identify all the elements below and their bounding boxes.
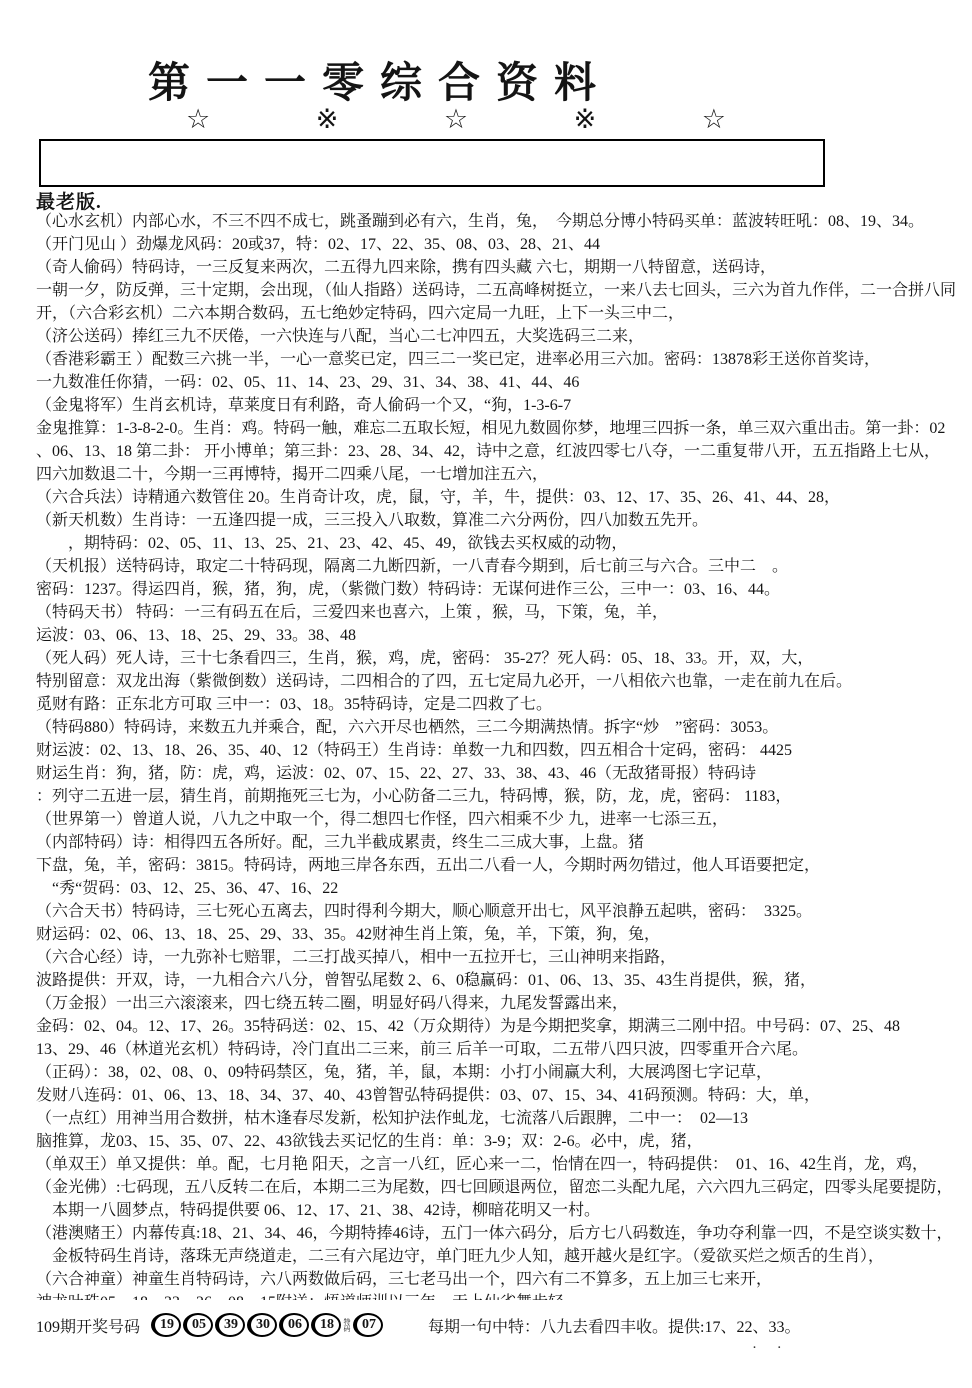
text-line: （六合心经）诗，一九弥补七赔罪，二三打战买掉八，相中一五拉开七，三山神明来指路， bbox=[36, 946, 970, 969]
text-line: 发财八连码：01、06、13、18、34、37、40、43曾智弘特码提供：03、… bbox=[36, 1084, 970, 1107]
notice-box bbox=[39, 139, 825, 187]
text-line: （万金报）一出三六滚滚来，四七绕五转二圈，明显好码八得来，九尾发誓露出来， bbox=[36, 992, 970, 1015]
text-line: 财运波：02、13、18、26、35、40、12（特码王）生肖诗：单数一九和四数… bbox=[36, 739, 970, 762]
text-line: （开门见山 ）劲爆龙风码：20或37，特：02、17、22、35、08、03、2… bbox=[36, 233, 970, 256]
text-line: 波路提供：开双，诗，一九相合六八分，曾智弘尾数 2、6、0稳赢码：01、06、1… bbox=[36, 969, 970, 992]
draw-number-label: 109期开奖号码 bbox=[36, 1314, 140, 1337]
text-line: （六合兵法）诗精通六数管住 20。生肖奇计攻，虎，鼠，守，羊，牛，提供：03、1… bbox=[36, 486, 970, 509]
text-line: ：列守二五进一层，猜生肖，前期拖死三七为，小心防备二三九，特码博，猴，防，龙，虎… bbox=[36, 785, 970, 808]
lottery-ball: 05 bbox=[183, 1313, 213, 1337]
text-line: （金鬼将军）生肖玄机诗，草莱度日有利路，奇人偷码一个又，“狗，1-3-6-7 bbox=[36, 394, 970, 417]
lottery-ball: 06 bbox=[279, 1313, 309, 1337]
text-line: （一点红）用神当用合数拼，枯木逢春尽发新，松知护法作虬龙，七流落八后跟脾，二中一… bbox=[36, 1107, 970, 1130]
corner-dots: · · bbox=[752, 1340, 790, 1357]
decor-symbol-icon: ※ bbox=[574, 104, 597, 135]
text-line: 神龙吐珠05、18、33、26、08、15附送：悟道师训以三年，天上仙雀舞步轻。 bbox=[36, 1291, 970, 1300]
lottery-balls: 190539300618 bbox=[150, 1313, 342, 1337]
special-lottery-ball: 07 bbox=[353, 1313, 383, 1337]
text-line: （死人码）死人诗，三十七条看四三，生肖，猴，鸡，虎，密码： 35-27？死人码：… bbox=[36, 647, 970, 670]
text-line: 金板特码生肖诗，落珠无声绕道走，二三有六尾边守，单门旺九少人知，越开越火是红字。… bbox=[36, 1245, 970, 1268]
text-line: （世界第一）曾道人说，八九之中取一个，得二想四七作怪，四六相乘不少 九，进率一七… bbox=[36, 808, 970, 831]
decor-symbol-icon: ☆ bbox=[186, 104, 210, 135]
lottery-ball: 19 bbox=[151, 1313, 181, 1337]
text-line: 运波：03、06、13、18、25、29、33。38、48 bbox=[36, 624, 970, 647]
text-line: 密码：1237。得运四肖，猴，猪，狗，虎，（紫微门数）特码诗：无谋何进作三公，三… bbox=[36, 578, 970, 601]
text-line: （特码880）特码诗，来数五九并乘合，配，六六开尽也栖然，三二今期满热情。拆字“… bbox=[36, 716, 970, 739]
text-line: 金鬼推算：1-3-8-2-0。生肖：鸡。特码一触，难忘二五取长短，相见九数圆你梦… bbox=[36, 417, 970, 440]
text-line: 财运码：02、06、13、18、25、29、33、35。42财神生肖上策，兔，羊… bbox=[36, 923, 970, 946]
text-line: 一九数准任你猜，一码：02、05、11、14、23、29、31、34、38、41… bbox=[36, 371, 970, 394]
text-line: （六合神童）神童生肖特码诗，六八两数做后码，三七老马出一个，四六有二不算多，五上… bbox=[36, 1268, 970, 1291]
text-line: （金光佛）:七码现，五八反转二在后，本期二三为尾数，四七回顾退两位，留恋二头配九… bbox=[36, 1176, 970, 1199]
text-line: （天机报）送特码诗，取定二十特码现，隔离二九断四新，一八青春今期到，后七前三与六… bbox=[36, 555, 970, 578]
text-line: （正码）：38，02、08、0、09特码禁区，兔，猪，羊，鼠，本期：小打小闹赢大… bbox=[36, 1061, 970, 1084]
body-text: （心水玄机）内部心水，不三不四不成七，跳蚤蹦到必有六，生肖，兔， 今期总分博小特… bbox=[36, 210, 970, 1300]
footer-note: 每期一句中特：八九去看四丰收。提供:17、22、33。 bbox=[428, 1314, 800, 1337]
decoration-row: ☆※☆※☆ bbox=[186, 104, 726, 135]
text-line: 下盘，兔，羊，密码：3815。特码诗，两地三岸各东西，五出二八看一人，今期时两勿… bbox=[36, 854, 970, 877]
text-line: 觅财有路：正东北方可取 三中一：03、18。35特码诗，定是二四救了七。 bbox=[36, 693, 970, 716]
text-line: （新天机数）生肖诗：一五逢四提一成，三三投入八取数，算准二六分两份，四八加数五先… bbox=[36, 509, 970, 532]
lottery-ball: 30 bbox=[247, 1313, 277, 1337]
text-line: 一朝一夕，防反弹，三十定期，会出现，（仙人指路）送码诗，二五高峰树挺立，一来八去… bbox=[36, 279, 970, 302]
text-line: （奇人偷码）特码诗，一三反复来两次，二五得九四来除，携有四头藏 六七，期期一八特… bbox=[36, 256, 970, 279]
text-line: “秀“贺码：03、12、25、36、47、16、22 bbox=[36, 877, 970, 900]
text-line: 、06、13、18 第二卦： 开小博单；第三卦：23、28、34、42，诗中之意… bbox=[36, 440, 970, 463]
page-title: 第一一零综合资料 bbox=[60, 50, 700, 110]
lottery-ball: 18 bbox=[311, 1313, 341, 1337]
text-line: （济公送码）捧红三九不厌倦，一六快连与八配，当心二七冲四五，大奖选码三二来， bbox=[36, 325, 970, 348]
text-line: 财运生肖：狗，猪，防：虎，鸡，运波：02、07、15、22、27、33、38、4… bbox=[36, 762, 970, 785]
text-line: （内部特码）诗：相得四五各所好。配，三九半截成累责，终生二三成大事，上盘。猪 bbox=[36, 831, 970, 854]
text-line: （心水玄机）内部心水，不三不四不成七，跳蚤蹦到必有六，生肖，兔， 今期总分博小特… bbox=[36, 210, 970, 233]
decor-symbol-icon: ☆ bbox=[444, 104, 468, 135]
text-line: 本期一八圆梦点，特码提供要 06、12、17、21、38、42诗，柳暗花明又一村… bbox=[36, 1199, 970, 1222]
text-line: （六合天书）特码诗，三七死心五离去，四时得利今期大，顺心顺意开出七，风平浪静五起… bbox=[36, 900, 970, 923]
text-line: （单双王）单又提供：单。配，七月艳 阳天，之言一八红，匠心来一二，怡情在四一，特… bbox=[36, 1153, 970, 1176]
text-line: 13、29、46（林道光玄机）特码诗，冷门直出二三来，前三 后羊一可取，二五带八… bbox=[36, 1038, 970, 1061]
lottery-ball: 39 bbox=[215, 1313, 245, 1337]
text-line: 金码：02、04。12、17、26。35特码送：02、15、42（万众期待）为是… bbox=[36, 1015, 970, 1038]
text-line: 开，（六合彩玄机）二六本期合数码，五七绝妙定特码，四六定局一九旺，上下一头三中二… bbox=[36, 302, 970, 325]
special-number-label: 特码 bbox=[343, 1318, 351, 1332]
text-line: ，期特码：02、05、11、13、25、21、23、42、45、49，欲钱去买权… bbox=[36, 532, 970, 555]
decor-symbol-icon: ☆ bbox=[702, 104, 726, 135]
text-line: （香港彩霸王 ）配数三六挑一半，一心一意奖已定，四三二一奖已定，进率必用三六加。… bbox=[36, 348, 970, 371]
text-line: 四六加数退二十，今期一三再博特，揭开二四乘八尾，一七增加注五六， bbox=[36, 463, 970, 486]
decor-symbol-icon: ※ bbox=[316, 104, 339, 135]
text-line: 脑推算，龙03、15、35、07、22、43欲钱去买记忆的生肖：单：3-9；双：… bbox=[36, 1130, 970, 1153]
draw-result-row: 109期开奖号码 190539300618 特码 07 每期一句中特：八九去看四… bbox=[36, 1310, 970, 1340]
text-line: （特码天书） 特码：一三有码五在后，三爱四来也喜六，上策 ，猴，马，下策，兔，羊… bbox=[36, 601, 970, 624]
text-line: 特别留意：双龙出海（紫微倒数）送码诗，二四相合的了四，五七定局九必开，一八相依六… bbox=[36, 670, 970, 693]
text-line: （港澳赌王）内幕传真:18、21、34、46，今期特捧46诗，五门一体六码分，后… bbox=[36, 1222, 970, 1245]
